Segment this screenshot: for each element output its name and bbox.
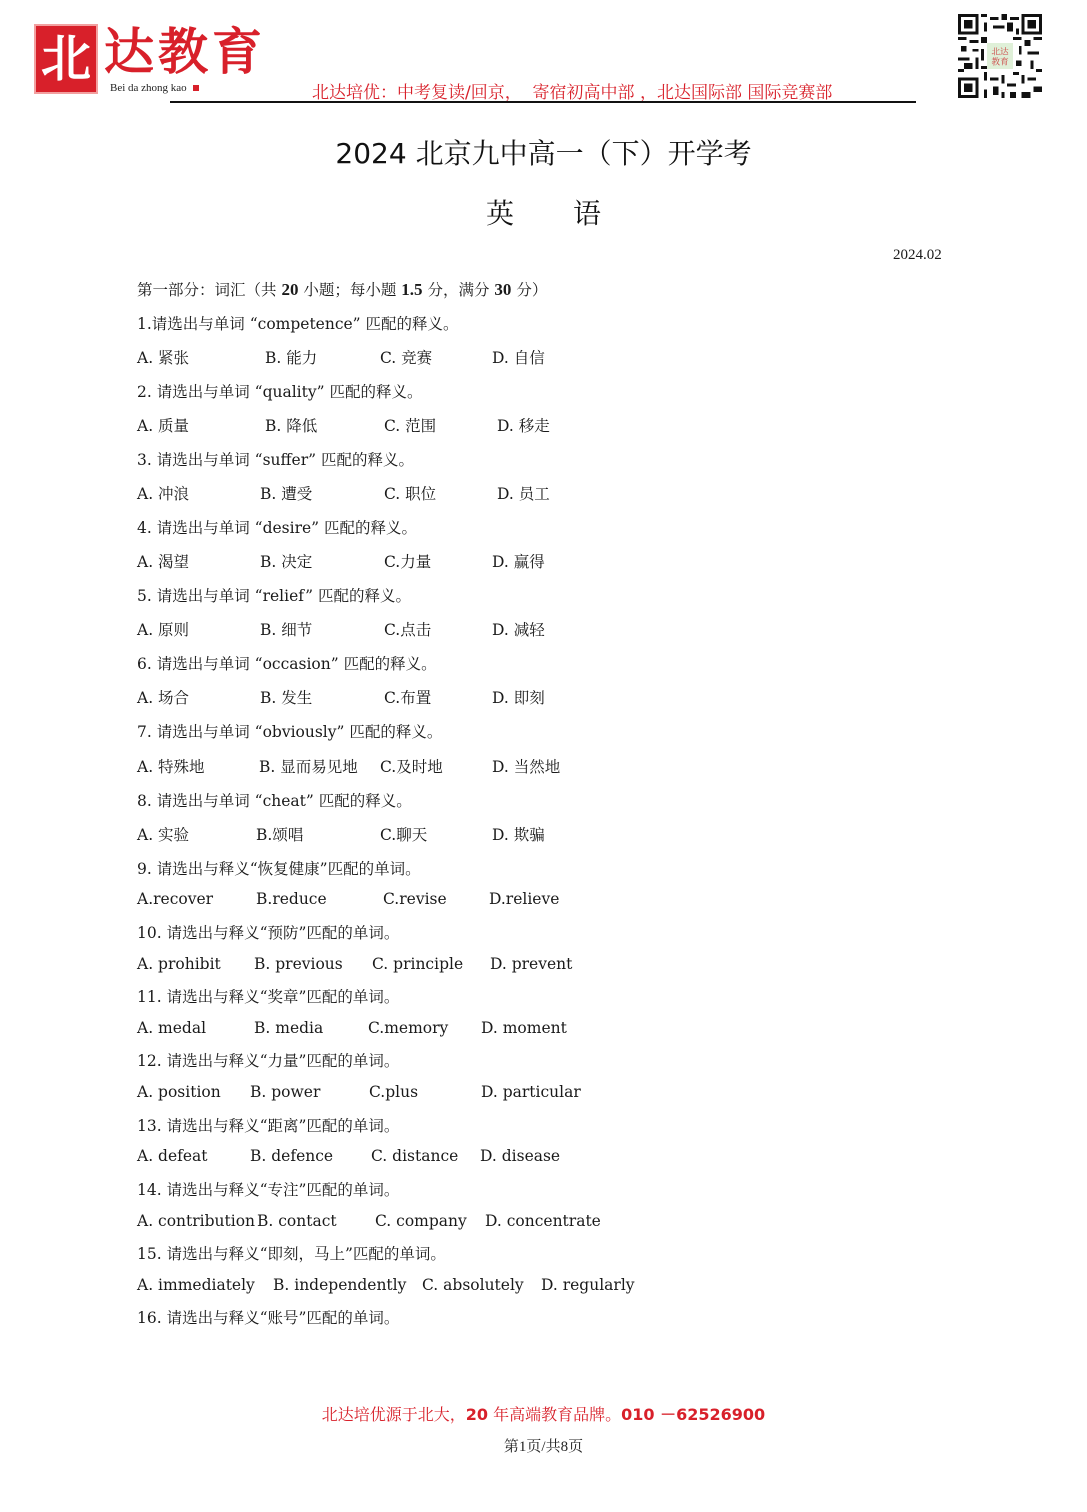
question-4-option-c: C.力量: [384, 550, 431, 572]
logo-text: 达教育: [104, 22, 266, 82]
question-13-option-c: C. distance: [371, 1147, 458, 1165]
question-15-option-a: A. immediately: [137, 1276, 255, 1294]
question-13-option-d: D. disease: [480, 1147, 560, 1165]
question-8-option-c: C.聊天: [380, 823, 427, 845]
footer-ad-phone: 010 －62526900: [621, 1405, 765, 1424]
question-9-option-c: C.revise: [383, 890, 447, 908]
question-11-option-c: C.memory: [368, 1019, 448, 1037]
question-6-option-b: B. 发生: [260, 686, 312, 708]
question-9-option-a: A.recover: [137, 890, 213, 908]
question-15-option-b: B. independently: [273, 1276, 406, 1294]
question-3-option-a: A. 冲浪: [137, 482, 189, 504]
question-16-prompt: 16. 请选出与释义“账号”匹配的单词。: [137, 1306, 399, 1328]
question-14-option-b: B. contact: [257, 1212, 337, 1230]
question-10-prompt: 10. 请选出与释义“预防”匹配的单词。: [137, 921, 399, 943]
question-3-option-c: C. 职位: [384, 482, 436, 504]
subject-title: 英 语: [0, 192, 1087, 232]
question-1-option-b: B. 能力: [265, 346, 317, 368]
question-3-option-b: B. 遭受: [260, 482, 312, 504]
question-6-option-a: A. 场合: [137, 686, 189, 708]
question-2-option-b: B. 降低: [265, 414, 317, 436]
question-1-option-a: A. 紧张: [137, 346, 189, 368]
exam-date: 2024.02: [893, 247, 942, 264]
question-9-option-d: D.relieve: [489, 890, 559, 908]
question-5-option-c: C.点击: [384, 618, 431, 640]
question-10-option-d: D. prevent: [490, 955, 572, 973]
footer-ad-years: 20: [466, 1405, 488, 1424]
question-8-prompt: 8. 请选出与单词 “cheat” 匹配的释义。: [137, 789, 412, 811]
question-5-option-d: D. 减轻: [492, 618, 545, 640]
header-slogan: 北达培优：中考复读/回京， 寄宿初高中部 ，北达国际部 国际竞赛部: [312, 78, 832, 103]
question-6-option-d: D. 即刻: [492, 686, 545, 708]
question-1-option-d: D. 自信: [492, 346, 545, 368]
question-15-option-c: C. absolutely: [422, 1276, 524, 1294]
section-header: 第一部分：词汇（共 20 小题；每小题 1.5 分，满分 30 分）: [137, 278, 547, 300]
question-2-prompt: 2. 请选出与单词 “quality” 匹配的释义。: [137, 380, 422, 402]
question-12-prompt: 12. 请选出与释义“力量”匹配的单词。: [137, 1049, 399, 1071]
footer-advertisement: 北达培优源于北大，20 年高端教育品牌。010 －62526900: [0, 1402, 1087, 1425]
question-2-option-d: D. 移走: [497, 414, 550, 436]
question-1-prompt: 1.请选出与单词 “competence” 匹配的释义。: [137, 312, 459, 334]
header-divider: [170, 101, 916, 103]
question-7-prompt: 7. 请选出与单词 “obviously” 匹配的释义。: [137, 720, 442, 742]
svg-text:北达: 北达: [991, 46, 1009, 58]
question-8-option-d: D. 欺骗: [492, 823, 545, 845]
question-10-option-b: B. previous: [254, 955, 343, 973]
question-1-option-c: C. 竞赛: [380, 346, 432, 368]
question-12-option-b: B. power: [250, 1083, 320, 1101]
question-7-option-d: D. 当然地: [492, 755, 560, 777]
question-11-option-a: A. medal: [137, 1019, 206, 1037]
section-total: 30: [494, 280, 511, 299]
question-9-prompt: 9. 请选出与释义“恢复健康”匹配的单词。: [137, 857, 421, 879]
question-14-option-c: C. company: [375, 1212, 467, 1230]
question-13-option-b: B. defence: [250, 1147, 333, 1165]
section-points-each: 1.5: [401, 280, 422, 299]
question-15-prompt: 15. 请选出与释义“即刻，马上”匹配的单词。: [137, 1242, 446, 1264]
question-10-option-c: C. principle: [372, 955, 463, 973]
logo-square-icon: [193, 85, 199, 91]
question-14-option-d: D. concentrate: [485, 1212, 601, 1230]
section-count: 20: [281, 280, 298, 299]
footer-ad-text2: 年高端教育品牌。: [488, 1405, 621, 1424]
qr-code-icon: 北达 教育: [956, 14, 1044, 98]
question-9-option-b: B.reduce: [256, 890, 327, 908]
question-3-prompt: 3. 请选出与单词 “suffer” 匹配的释义。: [137, 448, 414, 470]
question-11-option-b: B. media: [254, 1019, 323, 1037]
section-suffix: 分）: [511, 281, 547, 299]
question-7-option-b: B. 显而易见地: [259, 755, 358, 777]
section-mid2: 分，满分: [423, 281, 495, 299]
question-7-option-c: C.及时地: [380, 755, 443, 777]
question-13-prompt: 13. 请选出与释义“距离”匹配的单词。: [137, 1114, 399, 1136]
question-5-option-b: B. 细节: [260, 618, 312, 640]
question-4-option-a: A. 渴望: [137, 550, 189, 572]
question-14-prompt: 14. 请选出与释义“专注”匹配的单词。: [137, 1178, 399, 1200]
question-8-option-a: A. 实验: [137, 823, 189, 845]
question-3-option-d: D. 员工: [497, 482, 550, 504]
logo-subtext: Bei da zhong kao: [110, 82, 199, 94]
question-15-option-d: D. regularly: [541, 1276, 635, 1294]
question-8-option-b: B.颂唱: [256, 823, 303, 845]
question-5-option-a: A. 原则: [137, 618, 189, 640]
question-7-option-a: A. 特殊地: [137, 755, 205, 777]
question-4-prompt: 4. 请选出与单词 “desire” 匹配的释义。: [137, 516, 417, 538]
question-12-option-a: A. position: [137, 1083, 221, 1101]
logo-seal: 北: [34, 24, 98, 94]
question-6-option-c: C.布置: [384, 686, 431, 708]
question-4-option-d: D. 赢得: [492, 550, 545, 572]
page-number: 第1页/共8页: [0, 1435, 1087, 1456]
question-13-option-a: A. defeat: [137, 1147, 208, 1165]
section-prefix: 第一部分：词汇（共: [137, 281, 281, 299]
question-12-option-d: D. particular: [481, 1083, 581, 1101]
question-11-prompt: 11. 请选出与释义“奖章”匹配的单词。: [137, 985, 399, 1007]
logo-subtext-label: Bei da zhong kao: [110, 82, 187, 94]
question-4-option-b: B. 决定: [260, 550, 312, 572]
svg-text:教育: 教育: [991, 56, 1009, 68]
question-14-option-a: A. contribution: [137, 1212, 255, 1230]
document-title: 2024 北京九中高一（下）开学考: [0, 132, 1087, 172]
question-6-prompt: 6. 请选出与单词 “occasion” 匹配的释义。: [137, 652, 437, 674]
question-2-option-a: A. 质量: [137, 414, 189, 436]
question-5-prompt: 5. 请选出与单词 “relief” 匹配的释义。: [137, 584, 411, 606]
question-11-option-d: D. moment: [481, 1019, 567, 1037]
footer-ad-text: 北达培优源于北大，: [322, 1405, 466, 1424]
question-12-option-c: C.plus: [369, 1083, 418, 1101]
section-mid1: 小题；每小题: [298, 281, 401, 299]
question-2-option-c: C. 范围: [384, 414, 436, 436]
question-10-option-a: A. prohibit: [137, 955, 221, 973]
